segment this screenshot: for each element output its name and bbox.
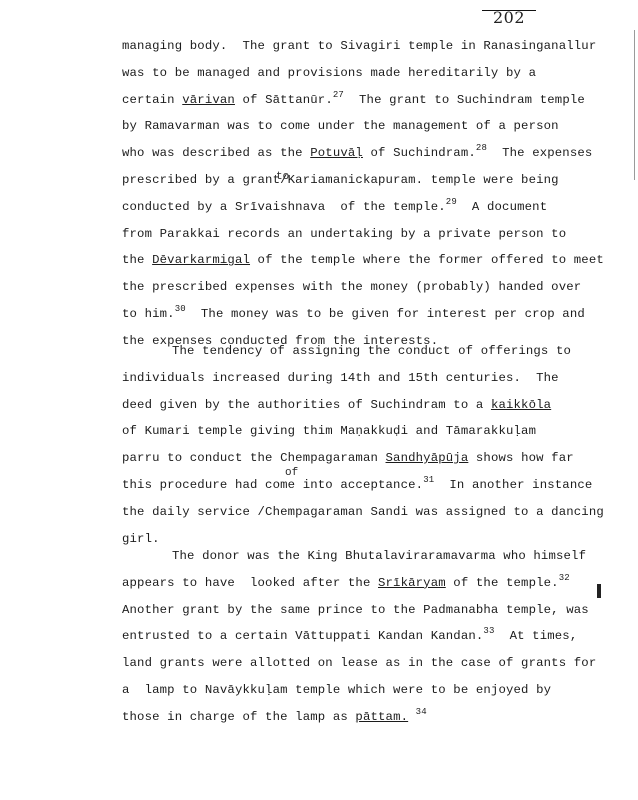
text-line: land grants were allotted on lease as in…: [122, 656, 596, 670]
footnote-ref: 31: [423, 475, 434, 485]
text-run: girl.: [122, 532, 160, 546]
text-run: Another grant by the same prince to the …: [122, 603, 589, 617]
text-run: deed given by the authorities of Suchind…: [122, 398, 491, 412]
text-run: of Suchindram.: [363, 146, 476, 160]
text-run: The grant to Suchindram temple: [344, 93, 585, 107]
text-run: shows how far: [468, 451, 573, 465]
text-run: entrusted to a certain Vāttuppati Kandan…: [122, 629, 483, 643]
document-page: 202 managing body. The grant to Sivagiri…: [0, 0, 638, 800]
text-run: this procedure had come into acceptance.: [122, 478, 423, 492]
text-line: who was described as the Potuvāḷ of Such…: [122, 146, 592, 160]
text-run: to him.: [122, 307, 175, 321]
text-line: to him.30 The money was to be given for …: [122, 307, 585, 321]
footnote-ref: 28: [476, 143, 487, 153]
text-run: the prescribed expenses with the money (…: [122, 280, 581, 294]
text-line: girl.: [122, 532, 160, 546]
text-run: The tendency of assigning the conduct of…: [172, 344, 571, 358]
text-run: A document: [457, 200, 547, 214]
text-line: managing body. The grant to Sivagiri tem…: [122, 39, 596, 53]
handwritten-insertion-to: to: [276, 171, 289, 183]
text-line: prescribed by a grant/Kariamanickapuram.…: [122, 173, 559, 187]
text-run: who was described as the: [122, 146, 310, 160]
text-line: parru to conduct the Chempagaraman Sandh…: [122, 451, 574, 465]
text-line: those in charge of the lamp as pāttam. 3…: [122, 710, 427, 724]
text-line: entrusted to a certain Vāttuppati Kandan…: [122, 629, 577, 643]
text-run: prescribed by a grant/Kariamanickapuram.…: [122, 173, 559, 187]
footnote-ref: 30: [175, 304, 186, 314]
underlined-term: Sandhyāpūja: [386, 451, 469, 465]
text-line: a lamp to Navāykkuḷam temple which were …: [122, 683, 551, 697]
footnote-ref: 32: [559, 573, 570, 583]
text-line: the Dēvarkarmigal of the temple where th…: [122, 253, 604, 267]
margin-correction-mark: [597, 584, 601, 598]
text-run: The donor was the King Bhutalaviraramava…: [172, 549, 586, 563]
text-run: the daily service /Chempagaraman Sandi w…: [122, 505, 604, 519]
text-line: certain vārivan of Sāttanūr.27 The grant…: [122, 93, 585, 107]
text-line: by Ramavarman was to come under the mana…: [122, 119, 559, 133]
text-line: of Kumari temple giving thim Maṇakkuḍi a…: [122, 424, 536, 438]
text-run: a lamp to Navāykkuḷam temple which were …: [122, 683, 551, 697]
text-run: the: [122, 253, 152, 267]
text-run: land grants were allotted on lease as in…: [122, 656, 596, 670]
underlined-term: Srīkāryam: [378, 576, 446, 590]
text-run: [408, 710, 416, 724]
text-line: appears to have looked after the Srīkāry…: [122, 576, 570, 590]
text-run: of the temple where the former offered t…: [250, 253, 604, 267]
text-run: of Kumari temple giving thim Maṇakkuḍi a…: [122, 424, 536, 438]
scan-edge-line: [634, 30, 635, 180]
footnote-ref: 27: [333, 90, 344, 100]
text-line: conducted by a Srīvaishnava of the templ…: [122, 200, 547, 214]
text-run: The money was to be given for interest p…: [186, 307, 585, 321]
underlined-term: vārivan: [182, 93, 235, 107]
text-run: from Parakkai records an undertaking by …: [122, 227, 566, 241]
text-line: from Parakkai records an undertaking by …: [122, 227, 566, 241]
text-run: of the temple.: [446, 576, 559, 590]
text-line: the prescribed expenses with the money (…: [122, 280, 581, 294]
text-run: In another instance: [434, 478, 592, 492]
text-line: the daily service /Chempagaraman Sandi w…: [122, 505, 604, 519]
text-line: was to be managed and provisions made he…: [122, 66, 536, 80]
text-line: individuals increased during 14th and 15…: [122, 371, 559, 385]
text-line: The donor was the King Bhutalaviraramava…: [172, 549, 586, 563]
text-run: those in charge of the lamp as: [122, 710, 355, 724]
text-line: The tendency of assigning the conduct of…: [172, 344, 571, 358]
text-line: Another grant by the same prince to the …: [122, 603, 589, 617]
text-line: this procedure had come into acceptance.…: [122, 478, 592, 492]
underlined-term: Potuvāḷ: [310, 146, 363, 160]
underlined-term: kaikkōla: [491, 398, 551, 412]
text-run: was to be managed and provisions made he…: [122, 66, 536, 80]
text-run: parru to conduct the Chempagaraman: [122, 451, 386, 465]
underlined-term: pāttam.: [355, 710, 408, 724]
text-run: At times,: [495, 629, 578, 643]
text-run: individuals increased during 14th and 15…: [122, 371, 559, 385]
text-run: of Sāttanūr.: [235, 93, 333, 107]
text-run: appears to have looked after the: [122, 576, 378, 590]
text-run: managing body. The grant to Sivagiri tem…: [122, 39, 596, 53]
text-line: deed given by the authorities of Suchind…: [122, 398, 551, 412]
text-run: conducted by a Srīvaishnava of the templ…: [122, 200, 446, 214]
footnote-ref: 33: [483, 626, 494, 636]
page-number: 202: [482, 10, 536, 25]
footnote-ref: 29: [446, 197, 457, 207]
text-run: The expenses: [487, 146, 592, 160]
footnote-ref: 34: [416, 707, 427, 717]
text-run: certain: [122, 93, 182, 107]
text-run: by Ramavarman was to come under the mana…: [122, 119, 559, 133]
handwritten-insertion-of: of: [285, 467, 298, 479]
underlined-term: Dēvarkarmigal: [152, 253, 250, 267]
